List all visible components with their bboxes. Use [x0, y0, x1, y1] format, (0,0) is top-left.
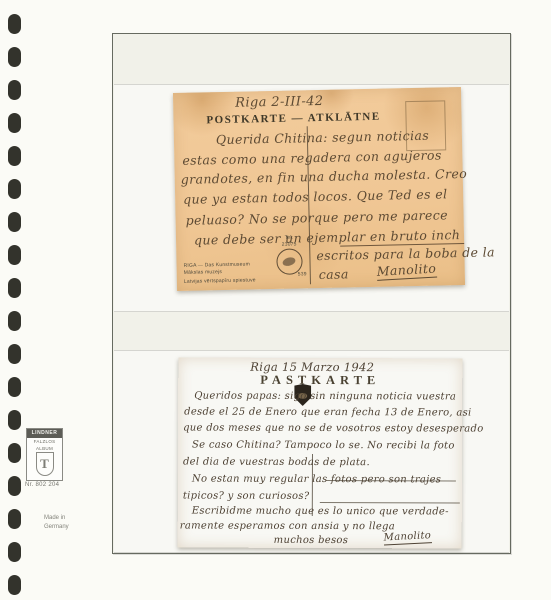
binder-hole — [8, 575, 21, 595]
ref-number: Nr. 802 204 — [25, 482, 59, 488]
message-line: muchos besos — [274, 535, 349, 546]
binder-hole — [8, 47, 21, 67]
message-line: Querida Chitina: segun noticias — [216, 129, 429, 147]
imprint-line-2: Mākslas muzejs — [184, 268, 250, 276]
message-line: peluaso? No se porque pero me parece — [185, 208, 448, 227]
binder-hole — [8, 443, 21, 463]
message-line: que ya estan todos locos. Que Ted es el — [183, 187, 448, 206]
print-number: 539 — [298, 271, 307, 278]
shield-letter: T — [40, 456, 49, 471]
imprint-block: RIGA — Das Kunstmuseum Mākslas muzejs — [184, 261, 251, 275]
binder-hole — [8, 410, 21, 430]
stamp-box — [405, 100, 446, 151]
message-line: desde el 25 de Enero que eran fecha 13 d… — [184, 407, 471, 419]
binder-hole — [8, 14, 21, 34]
message-line: del dia de vuestras bodas de plata. — [183, 457, 370, 469]
message-line: Escribidme mucho que es lo unico que ver… — [192, 506, 449, 518]
binder-hole — [8, 146, 21, 166]
binder-hole — [8, 476, 21, 496]
message-line: No estan muy regular las fotos pero son … — [192, 474, 441, 486]
postcard-header: POSTKARTE — ATKLĀTNE — [193, 110, 393, 126]
address-line — [320, 502, 460, 503]
binder-hole — [8, 311, 21, 331]
lindner-logo: LINDNER FALZLOS ALBUM T — [26, 428, 63, 481]
binder-hole — [8, 542, 21, 562]
signature: Manolito — [376, 262, 436, 281]
signature: Manolito — [383, 530, 431, 545]
brand-subtitle-2: ALBUM — [27, 446, 62, 452]
message-line: casa — [319, 267, 349, 281]
postcard-header: PASTKARTE — [220, 373, 420, 389]
made-in-line-2: Germany — [44, 523, 69, 532]
binder-hole — [8, 212, 21, 232]
message-line: ramente esperamos con ansia y no llega — [180, 521, 395, 533]
binder-hole — [8, 509, 21, 529]
postcard-bottom: Riga 15 Marzo 1942 PASTKARTE Queridos pa… — [178, 358, 463, 549]
binder-hole — [8, 377, 21, 397]
binder-hole — [8, 278, 21, 298]
message-line: Queridos papas: sigo sin ninguna noticia… — [194, 391, 456, 403]
lindner-shield-icon: T — [36, 452, 54, 476]
binder-hole — [8, 179, 21, 199]
made-in-line-1: Made in — [44, 514, 69, 523]
brand-subtitle-1: FALZLOS — [27, 439, 62, 445]
message-line: tipicos? y son curiosos? — [183, 491, 310, 502]
binder-hole — [8, 344, 21, 364]
tel-line-2: 23075 — [279, 241, 299, 248]
binder-hole — [8, 80, 21, 100]
message-line: que dos meses que no se de vosotros esto… — [183, 423, 484, 435]
imprint-line-3: Latvijas vērtspapīru spiestuve — [184, 277, 256, 285]
message-line: que debe ser un ejemplar en bruto inch — [194, 228, 460, 247]
message-line: grandotes, en fin una ducha molesta. Cre… — [181, 167, 468, 187]
brand-name: LINDNER — [27, 429, 62, 438]
postcard-date: Riga 2-III-42 — [235, 95, 324, 111]
made-in-label: Made in Germany — [44, 514, 69, 532]
postcard-top: Riga 2-III-42 POSTKARTE — ATKLĀTNE Queri… — [173, 87, 465, 291]
message-line: estas como una regadera con agujeros — [182, 148, 442, 167]
binder-hole — [8, 113, 21, 133]
message-line: Se caso Chitina? Tampoco lo se. No recib… — [192, 440, 455, 452]
binder-hole — [8, 245, 21, 265]
tel-label: Tel. 23075 — [279, 234, 299, 247]
